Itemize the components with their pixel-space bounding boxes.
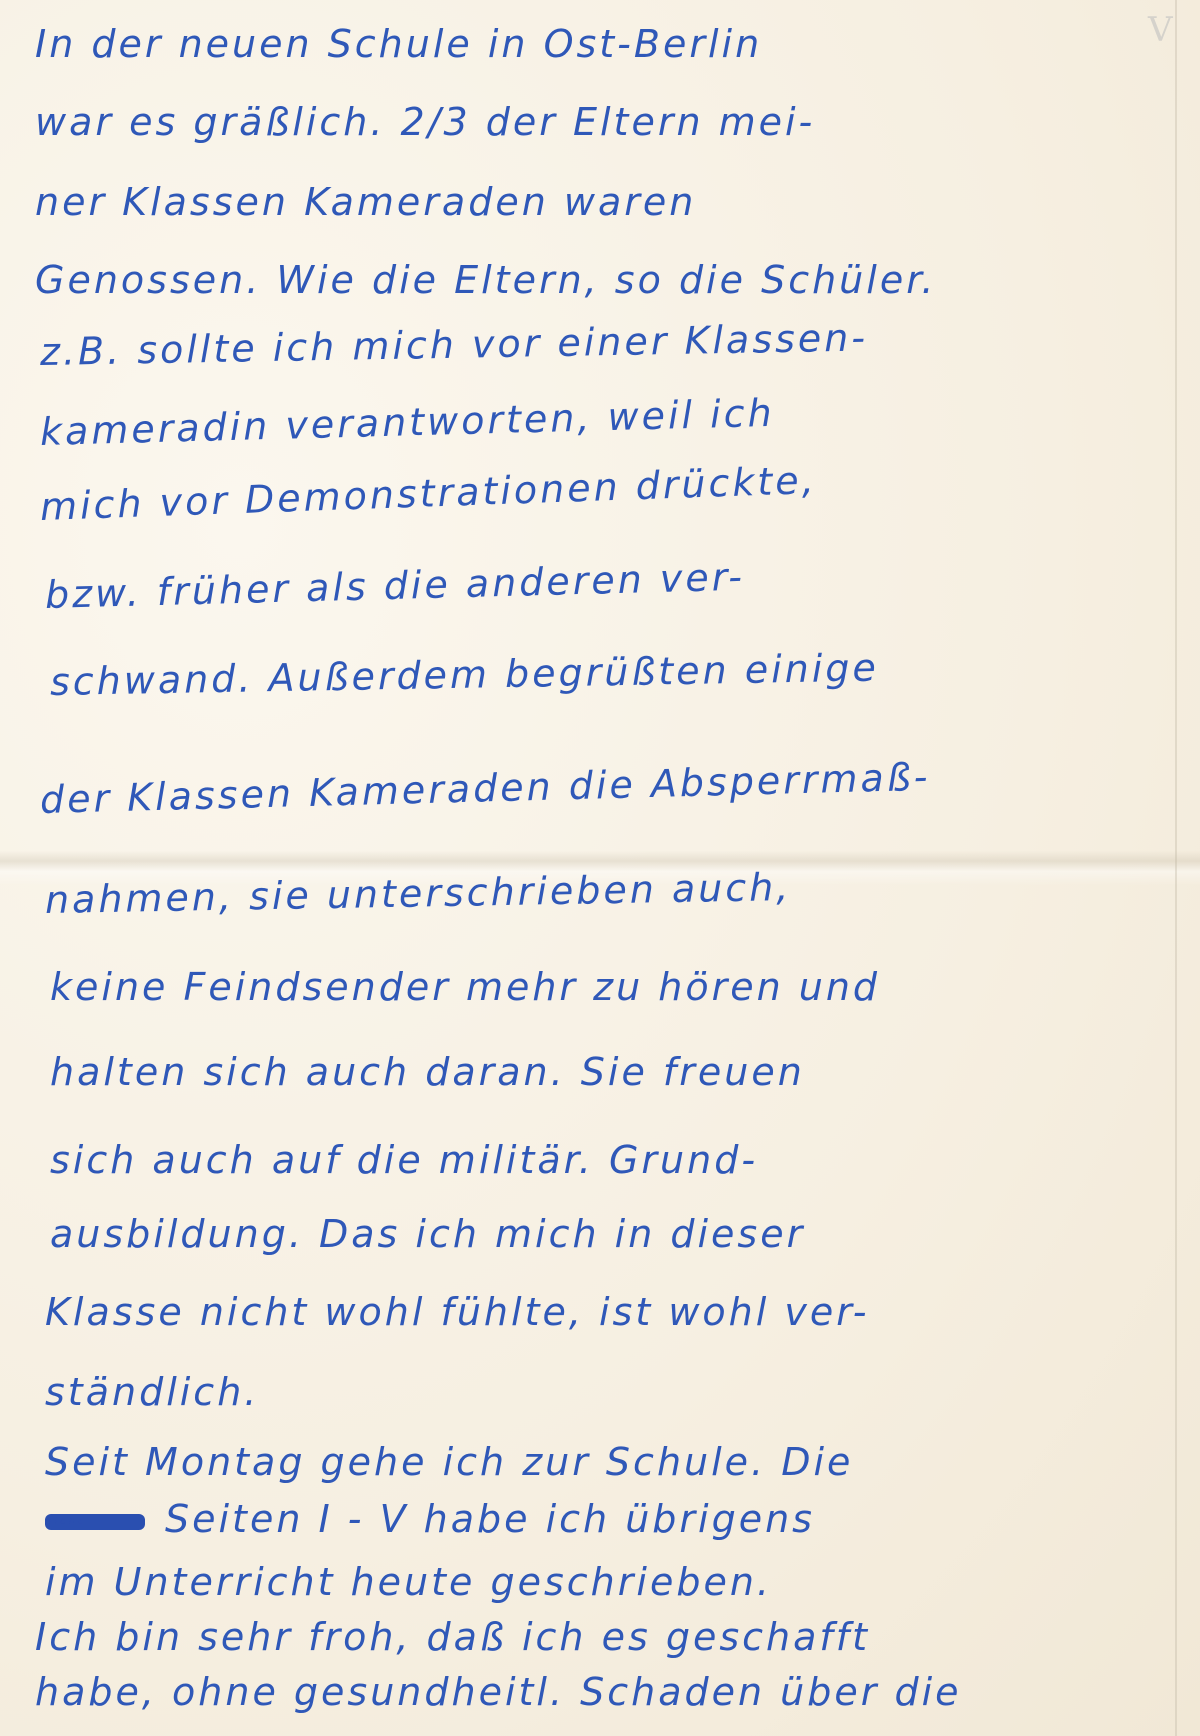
letter-line-13: halten sich auch daran. Sie freuen [50, 1050, 805, 1094]
letter-line-22: habe, ohne gesundheitl. Schaden über die [35, 1670, 962, 1714]
struck-out-word: nicht [45, 1514, 145, 1530]
page-number-mark: V [1148, 10, 1173, 50]
letter-line-21: Ich bin sehr froh, daß ich es geschafft [35, 1615, 870, 1659]
letter-line-4: Genossen. Wie die Eltern, so die Schüler… [35, 258, 936, 302]
letter-line-12: keine Feindsender mehr zu hören und [50, 965, 880, 1009]
letter-line-19-text: Seiten I - V habe ich übrigens [165, 1497, 815, 1541]
letter-line-20: im Unterricht heute geschrieben. [45, 1560, 772, 1604]
letter-line-16: Klasse nicht wohl fühlte, ist wohl ver- [45, 1290, 870, 1334]
letter-line-19: nichtSeiten I - V habe ich übrigens [45, 1497, 815, 1541]
letter-line-1: In der neuen Schule in Ost-Berlin [35, 22, 762, 66]
letter-line-18: Seit Montag gehe ich zur Schule. Die [45, 1440, 853, 1484]
letter-line-3: ner Klassen Kameraden waren [35, 180, 696, 224]
letter-line-17: ständlich. [45, 1370, 259, 1414]
letter-line-14: sich auch auf die militär. Grund- [50, 1138, 758, 1182]
letter-line-15: ausbildung. Das ich mich in dieser [50, 1212, 805, 1256]
paper-fold [1175, 0, 1177, 1736]
letter-line-2: war es gräßlich. 2/3 der Eltern mei- [35, 100, 815, 144]
